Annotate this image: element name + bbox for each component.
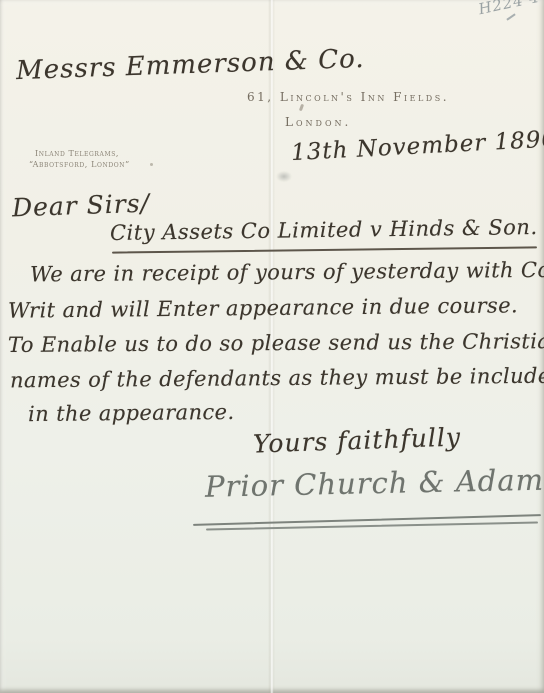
letterhead-address-line2: London.	[285, 115, 351, 129]
closing-valediction: Yours faithfully	[253, 422, 462, 458]
body-line: names of the defendants as they must be …	[10, 364, 544, 393]
body-line: We are in receipt of yours of yesterday …	[30, 258, 544, 287]
body-line: Writ and will Enter appearance in due co…	[8, 293, 518, 322]
telegrams-label: Inland Telegrams,	[35, 149, 119, 158]
body-line: To Enable us to do so please send us the…	[8, 329, 544, 357]
recipient-name: Messrs Emmerson & Co.	[16, 44, 365, 86]
letter-date: 13th November 1890.	[291, 126, 544, 166]
pencil-smudge	[276, 171, 292, 182]
pencil-tick-mark	[506, 13, 515, 20]
telegrams-address: “Abbotsford, London”	[29, 160, 130, 169]
letter-document: H224 4 Messrs Emmerson & Co. 61, Lincoln…	[0, 0, 544, 693]
letterhead-address-line1: 61, Lincoln's Inn Fields.	[247, 90, 449, 104]
case-subject-line: City Assets Co Limited v Hinds & Son.	[110, 215, 538, 245]
paper-speck	[299, 104, 304, 112]
subject-underline	[112, 246, 537, 253]
body-line: in the appearance.	[28, 400, 235, 426]
salutation: Dear Sirs/	[12, 189, 151, 223]
paper-speck	[150, 163, 153, 166]
signature: Prior Church & Adams	[205, 462, 544, 503]
